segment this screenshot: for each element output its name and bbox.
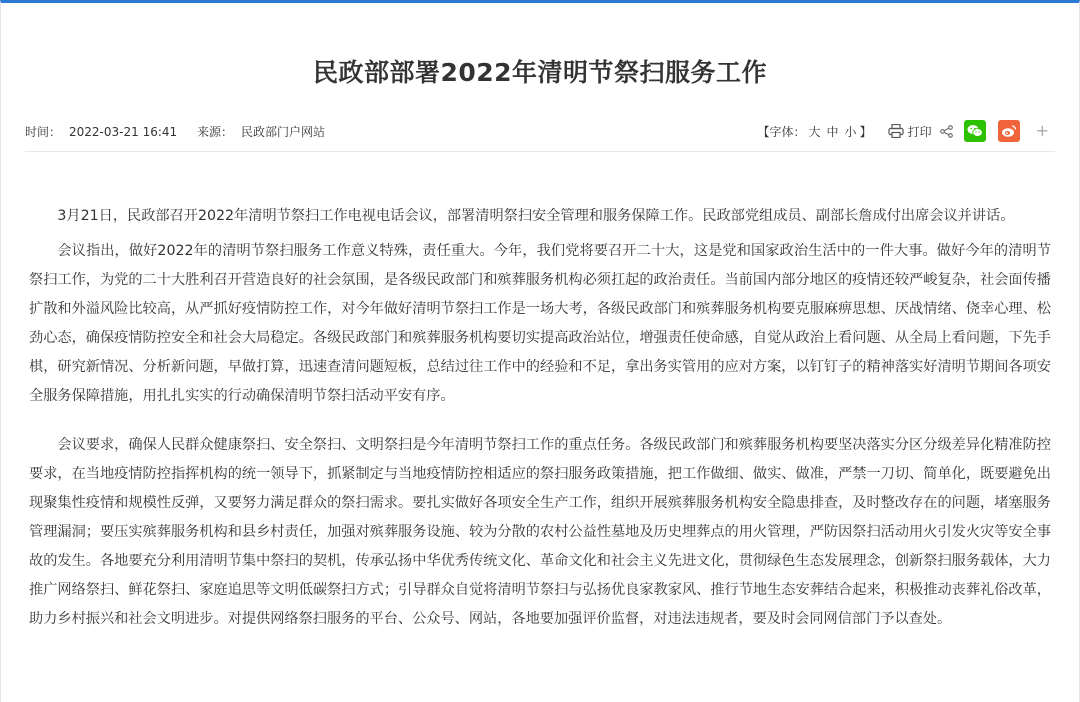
weibo-icon bbox=[1001, 124, 1017, 138]
article-paragraph-2: 会议指出，做好2022年的清明节祭扫服务工作意义特殊，责任重大。今年，我们党将要… bbox=[29, 237, 1051, 411]
source-label: 来源： bbox=[197, 125, 233, 139]
article-title: 民政部部署2022年清明节祭扫服务工作 bbox=[1, 53, 1079, 89]
wechat-share-button[interactable] bbox=[964, 120, 986, 142]
article-meta-row: 时间：2022-03-21 16:41 来源：民政部门户网站 【字体：大中小】 … bbox=[25, 119, 1049, 143]
font-size-large-button[interactable]: 大 bbox=[809, 125, 821, 139]
wechat-icon bbox=[967, 124, 983, 138]
article-body: 3月21日，民政部召开2022年清明节祭扫工作电视电话会议，部署清明祭扫安全管理… bbox=[29, 202, 1051, 634]
meta-divider bbox=[25, 151, 1055, 152]
article-meta: 时间：2022-03-21 16:41 来源：民政部门户网站 bbox=[25, 123, 341, 140]
share-icon[interactable] bbox=[940, 124, 954, 138]
print-label: 打印 bbox=[908, 123, 932, 140]
article-page: 民政部部署2022年清明节祭扫服务工作 时间：2022-03-21 16:41 … bbox=[0, 0, 1080, 702]
print-button[interactable]: 打印 bbox=[888, 123, 932, 140]
font-size-control: 【字体：大中小】 bbox=[758, 123, 872, 140]
font-size-prefix: 【字体： bbox=[758, 125, 806, 139]
font-size-small-button[interactable]: 小 bbox=[845, 125, 857, 139]
printer-icon bbox=[888, 124, 904, 138]
article-tools: 【字体：大中小】 打印 bbox=[758, 120, 1050, 142]
source: 来源：民政部门户网站 bbox=[197, 125, 333, 139]
time-value: 2022-03-21 16:41 bbox=[69, 125, 177, 139]
time-label: 时间： bbox=[25, 125, 61, 139]
publish-time: 时间：2022-03-21 16:41 bbox=[25, 125, 185, 139]
font-size-medium-button[interactable]: 中 bbox=[827, 125, 839, 139]
article-paragraph-3: 会议要求，确保人民群众健康祭扫、安全祭扫、文明祭扫是今年清明节祭扫工作的重点任务… bbox=[29, 431, 1051, 634]
font-size-suffix: 】 bbox=[860, 125, 872, 139]
more-share-button[interactable]: + bbox=[1036, 123, 1049, 139]
source-value: 民政部门户网站 bbox=[241, 125, 325, 139]
article-paragraph-1: 3月21日，民政部召开2022年清明节祭扫工作电视电话会议，部署清明祭扫安全管理… bbox=[29, 202, 1051, 231]
weibo-share-button[interactable] bbox=[998, 120, 1020, 142]
